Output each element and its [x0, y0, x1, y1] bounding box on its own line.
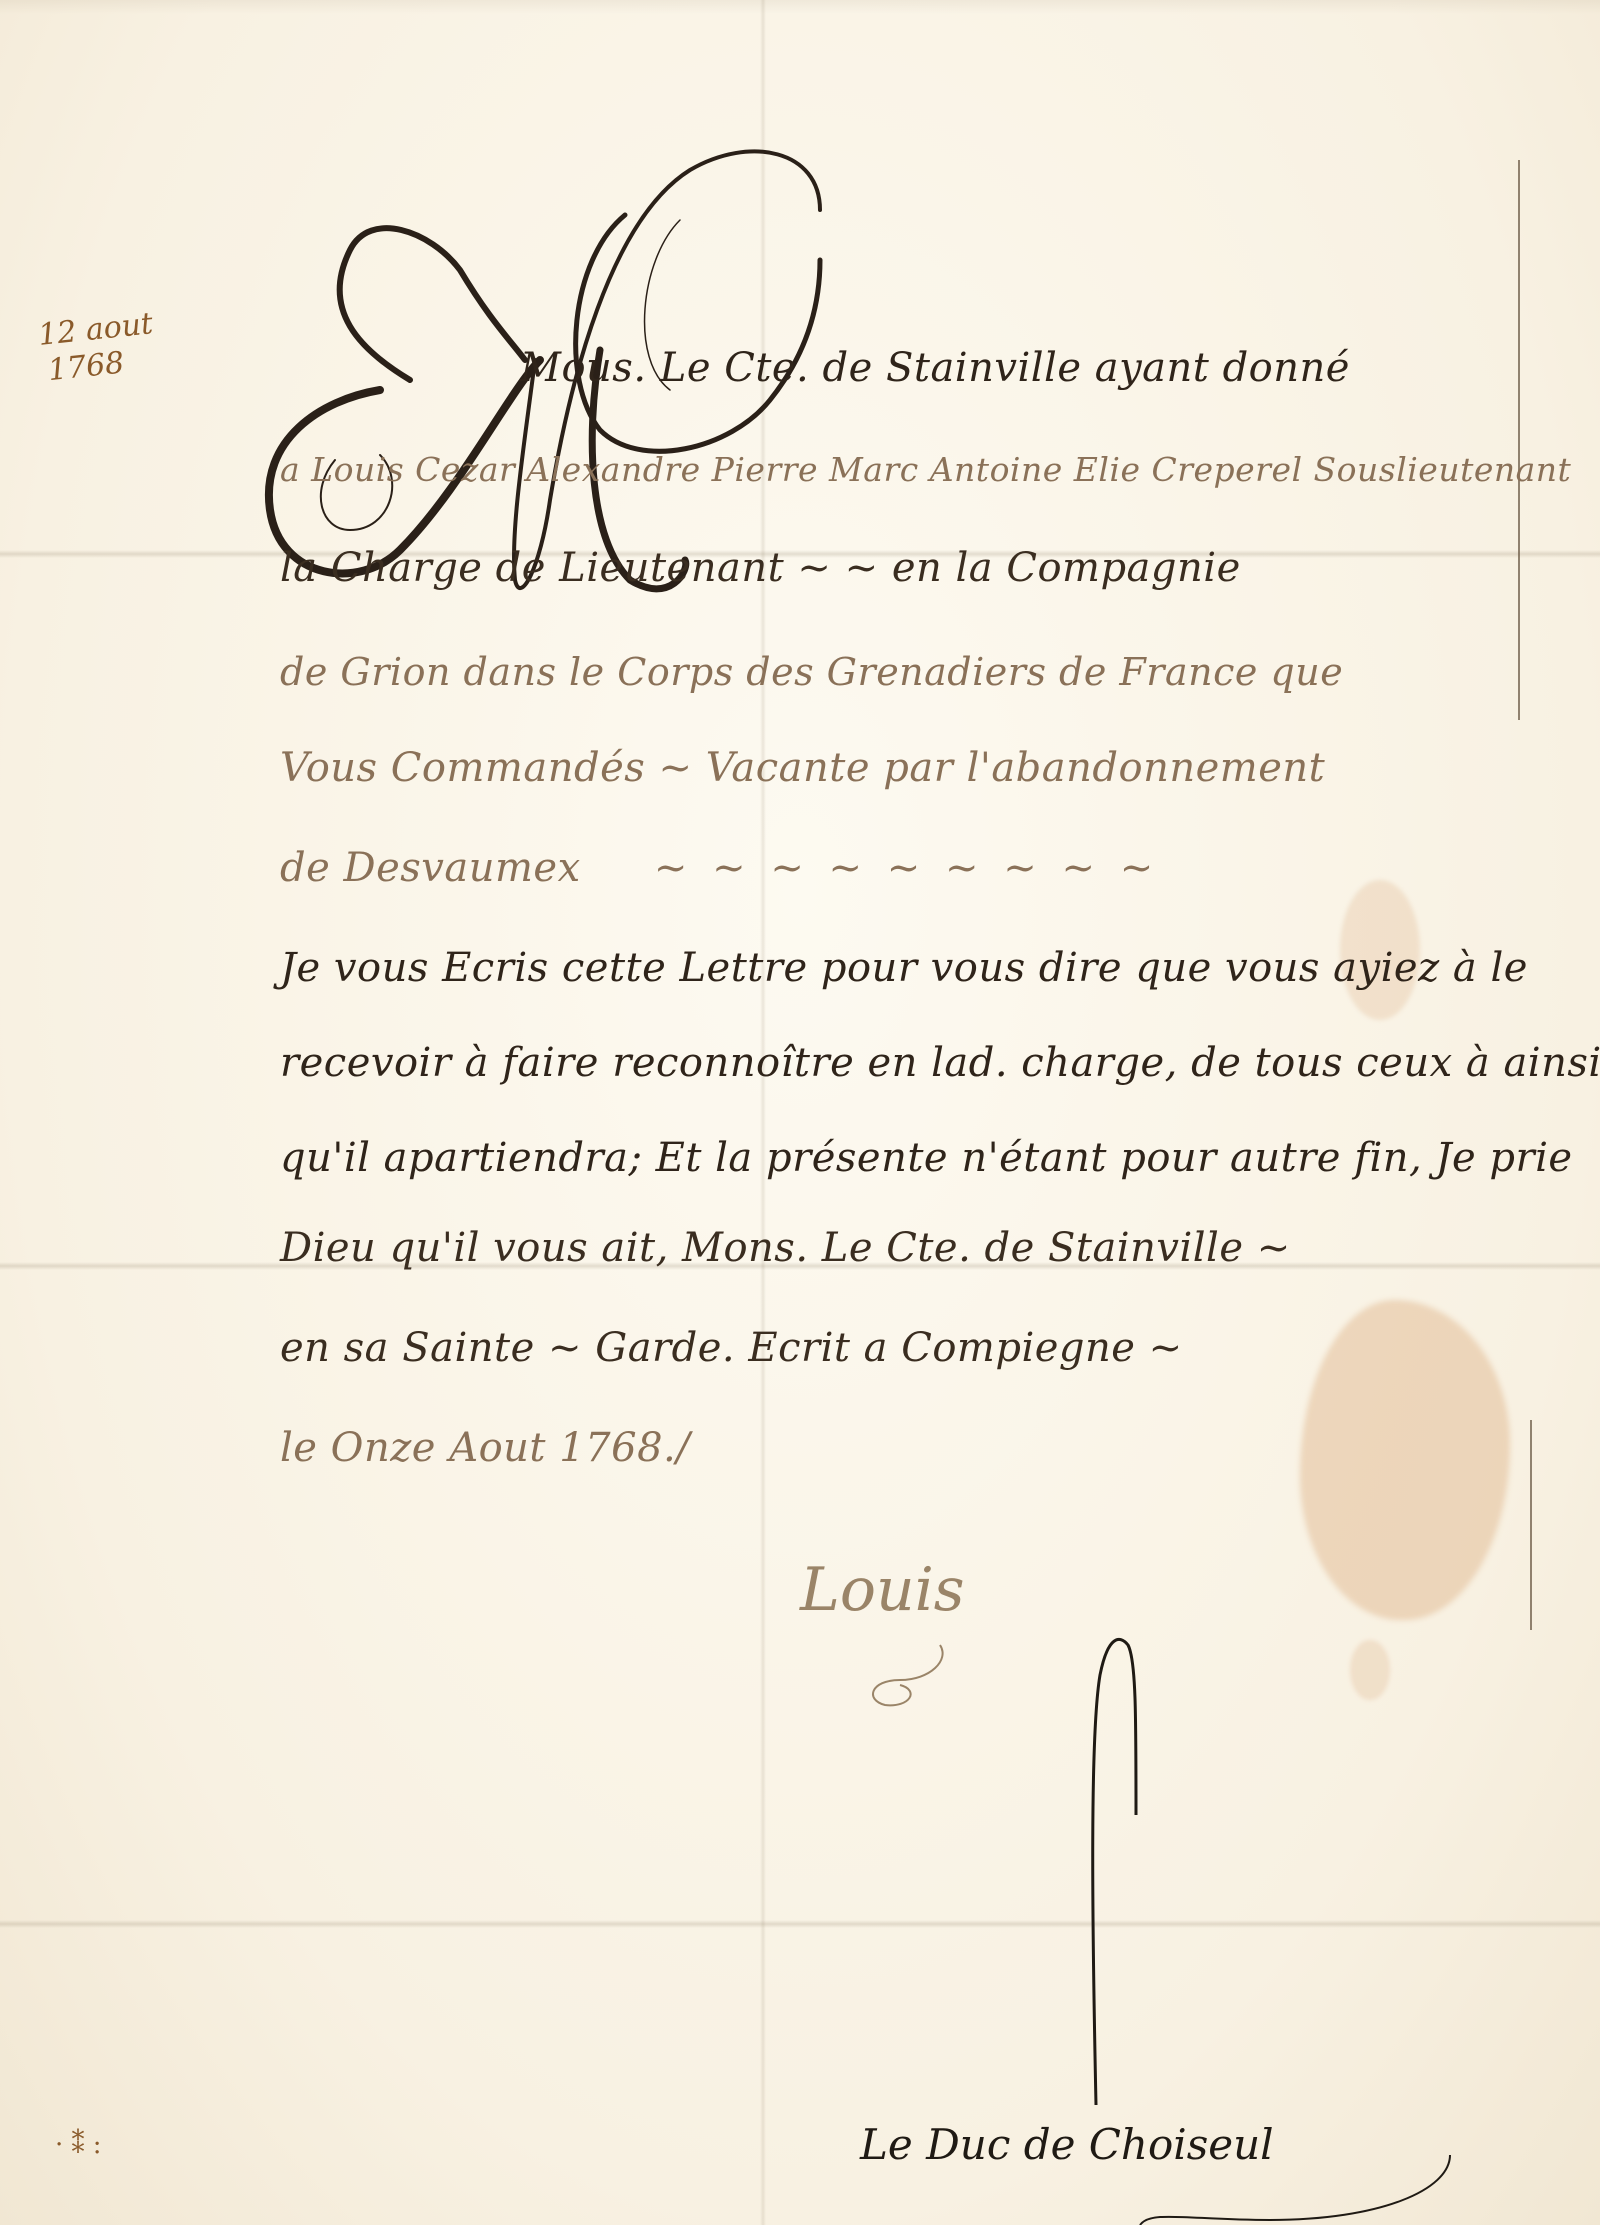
letter-line-1: Mous. Le Cte. de Stainville ayant donné — [520, 345, 1350, 391]
letter-line-2: a Louis Cezar Alexandre Pierre Marc Anto… — [280, 450, 1571, 489]
letter-line-4: de Grion dans le Corps des Grenadiers de… — [280, 650, 1343, 694]
letter-line-12: le Onze Aout 1768./ — [280, 1425, 690, 1471]
line-filler-flourish: ~ ~ ~ ~ ~ ~ ~ ~ ~ — [654, 845, 1159, 891]
countersignature-flourish-icon — [1130, 2150, 1460, 2225]
decorative-initial-m-icon — [130, 60, 830, 620]
right-margin-rule-lower — [1530, 1420, 1532, 1630]
letter-line-5: Vous Commandés ~ Vacante par l'abandonne… — [280, 745, 1325, 791]
signature-louis: Louis — [800, 1555, 965, 1625]
letter-line-9: qu'il apartiendra; Et la présente n'étan… — [280, 1135, 1573, 1181]
letter-line-7: Je vous Ecris cette Lettre pour vous dir… — [280, 945, 1528, 991]
letter-line-10: Dieu qu'il vous ait, Mons. Le Cte. de St… — [280, 1225, 1291, 1271]
corner-ink-marks: · ⁑ : — [55, 2130, 102, 2160]
signature-paraph-icon — [860, 1640, 950, 1710]
vertical-stroke-icon — [1090, 1615, 1150, 2115]
letter-line-11: en sa Sainte ~ Garde. Ecrit a Compiegne … — [280, 1325, 1183, 1371]
letter-line-8: recevoir à faire reconnoître en lad. cha… — [280, 1040, 1600, 1086]
letter-line-6: de Desvaumex ~ ~ ~ ~ ~ ~ ~ ~ ~ — [280, 845, 1159, 891]
letter-line-6-text: de Desvaumex — [280, 845, 581, 891]
right-margin-rule-upper — [1518, 160, 1520, 720]
water-stain-drop — [1350, 1640, 1390, 1700]
fold-line-horizontal-3 — [0, 1920, 1600, 1928]
letter-line-3: la Charge de Lieutenant ~ ~ en la Compag… — [280, 545, 1241, 591]
